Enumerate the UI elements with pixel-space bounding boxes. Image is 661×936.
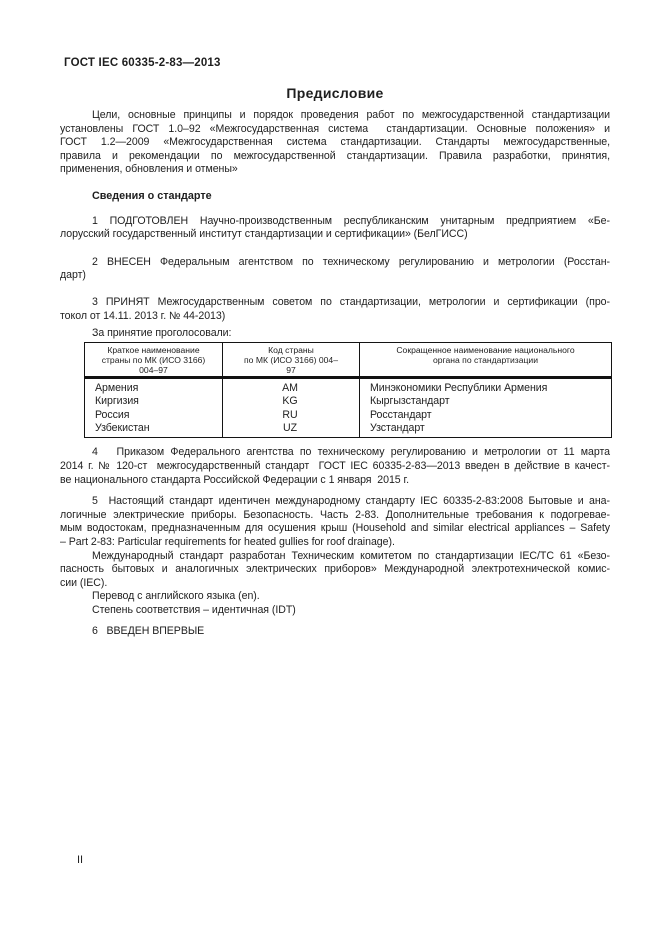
text-line: ве национального стандарта Российской Фе…	[60, 474, 610, 488]
translation-note: Перевод с английского языка (en).	[60, 590, 610, 604]
voting-table-body: АрменияAMМинэкономики Республики Армения…	[85, 377, 612, 438]
text-line: ГОСТ 1.2—2009 «Межгосударственная систем…	[60, 136, 610, 150]
intro-paragraph: Цели, основные принципы и порядок провед…	[60, 109, 610, 177]
text-line: За принятие проголосовали:	[60, 327, 610, 341]
text-line: применения, обновления и отмены»	[60, 163, 610, 177]
table-row: АрменияAMМинэкономики Республики Армения	[85, 377, 612, 395]
text-line: Цели, основные принципы и порядок провед…	[60, 109, 610, 123]
voting-table: Краткое наименование страны по МК (ИСО 3…	[84, 342, 612, 439]
text-line: дарт)	[60, 269, 610, 283]
text-line: 1 ПОДГОТОВЛЕН Научно-производственным ре…	[60, 215, 610, 229]
text-line: пасность бытовых и аналогичных электриче…	[60, 563, 610, 577]
text-line: Перевод с английского языка (en).	[60, 590, 610, 604]
table-cell: Росстандарт	[360, 409, 612, 422]
foreword-item-1: 1 ПОДГОТОВЛЕН Научно-производственным ре…	[60, 215, 610, 242]
table-cell: Киргизия	[85, 395, 223, 408]
text-line: Степень соответствия – идентичная (IDT)	[60, 604, 610, 618]
table-row: КиргизияKGКыргызстандарт	[85, 395, 612, 408]
foreword-item-5: 5 Настоящий стандарт идентичен междунаро…	[60, 495, 610, 549]
foreword-item-2: 2 ВНЕСЕН Федеральным агентством по техни…	[60, 256, 610, 283]
text-line: мым водостокам, предназначенным для осуш…	[60, 522, 610, 536]
text-line: установлены ГОСТ 1.0–92 «Межгосударствен…	[60, 123, 610, 137]
text-line: 4 Приказом Федерального агентства по тех…	[60, 446, 610, 460]
text-line: Международный стандарт разработан Технич…	[60, 550, 610, 564]
voting-table-header-country-name: Краткое наименование страны по МК (ИСО 3…	[85, 342, 223, 377]
page-content: ГОСТ IEC 60335-2-83—2013 Предисловие Цел…	[60, 0, 610, 639]
table-row: УзбекистанUZУзстандарт	[85, 422, 612, 438]
voting-table-head: Краткое наименование страны по МК (ИСО 3…	[85, 342, 612, 377]
text-line: логичные электрические приборы. Безопасн…	[60, 509, 610, 523]
page-title: Предисловие	[60, 85, 610, 101]
text-line: 6 ВВЕДЕН ВПЕРВЫЕ	[60, 625, 610, 639]
table-cell: Узбекистан	[85, 422, 223, 438]
text-line: сии (IEC).	[60, 577, 610, 591]
table-cell: RU	[223, 409, 360, 422]
text-line: 3 ПРИНЯТ Межгосударственным советом по с…	[60, 296, 610, 310]
table-cell: Минэкономики Республики Армения	[360, 377, 612, 395]
table-cell: Узстандарт	[360, 422, 612, 438]
text-line: токол от 14.11. 2013 г. № 44-2013)	[60, 310, 610, 324]
table-cell: UZ	[223, 422, 360, 438]
table-row: РоссияRUРосстандарт	[85, 409, 612, 422]
text-line: 5 Настоящий стандарт идентичен междунаро…	[60, 495, 610, 509]
foreword-item-3: 3 ПРИНЯТ Межгосударственным советом по с…	[60, 296, 610, 323]
voting-table-header-national-body: Сокращенное наименование национального о…	[360, 342, 612, 377]
table-cell: KG	[223, 395, 360, 408]
committee-paragraph: Международный стандарт разработан Технич…	[60, 550, 610, 591]
document-page: ГОСТ IEC 60335-2-83—2013 Предисловие Цел…	[0, 0, 661, 936]
table-cell: AM	[223, 377, 360, 395]
standard-designation: ГОСТ IEC 60335-2-83—2013	[64, 56, 610, 70]
voting-table-header-row: Краткое наименование страны по МК (ИСО 3…	[85, 342, 612, 377]
text-line: лорусский государственный институт станд…	[60, 228, 610, 242]
table-cell: Россия	[85, 409, 223, 422]
page-number: II	[77, 854, 83, 867]
text-line: 2 ВНЕСЕН Федеральным агентством по техни…	[60, 256, 610, 270]
text-line: 2014 г. № 120-ст межгосударственный стан…	[60, 460, 610, 474]
conformity-note: Степень соответствия – идентичная (IDT)	[60, 604, 610, 618]
voting-table-header-country-code: Код страны по МК (ИСО 3166) 004– 97	[223, 342, 360, 377]
text-line: правила и рекомендации по межгосударстве…	[60, 150, 610, 164]
foreword-item-4: 4 Приказом Федерального агентства по тех…	[60, 446, 610, 487]
foreword-item-6: 6 ВВЕДЕН ВПЕРВЫЕ	[60, 625, 610, 639]
table-cell: Армения	[85, 377, 223, 395]
section-heading-standard-info: Сведения о стандарте	[60, 190, 610, 204]
table-cell: Кыргызстандарт	[360, 395, 612, 408]
text-line: – Part 2-83: Particular requirements for…	[60, 536, 610, 550]
voted-label: За принятие проголосовали:	[60, 327, 610, 341]
